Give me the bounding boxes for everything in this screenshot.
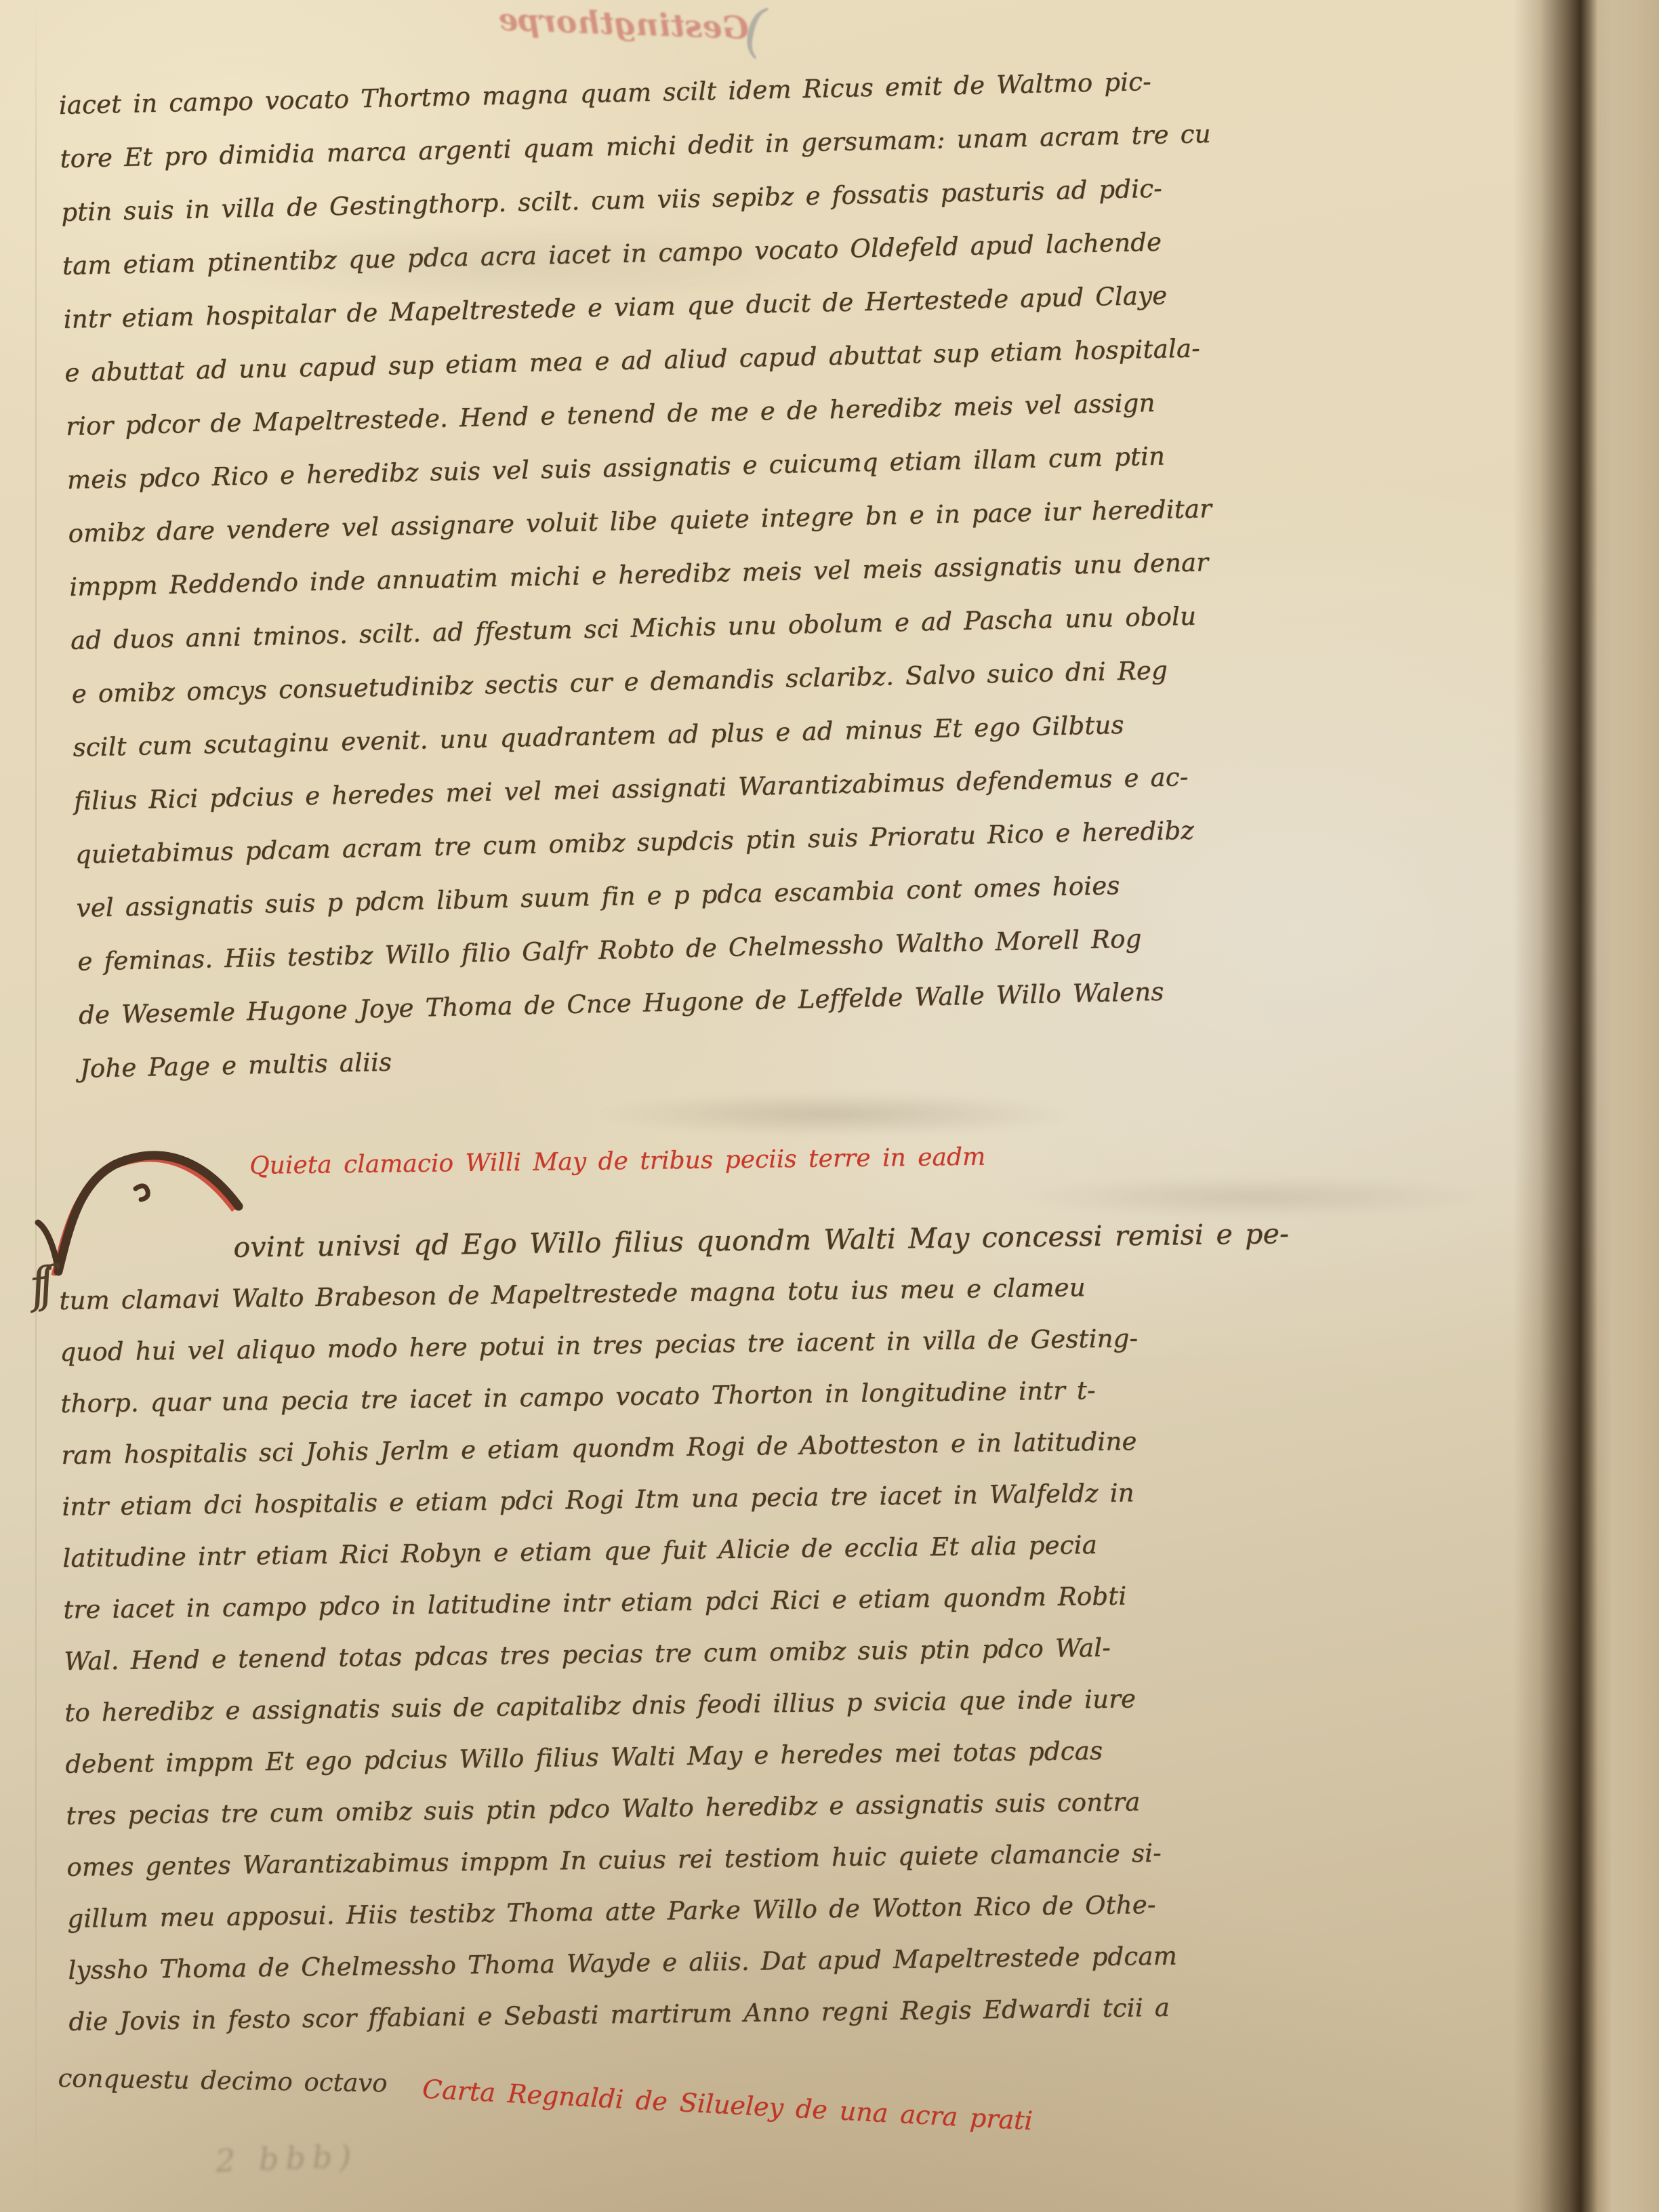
charter-2-text-block: ovint univsi qd Ego Willo filius quondm … <box>58 1205 1540 2048</box>
book-gutter-and-next-page-edge <box>1513 0 1659 2212</box>
rubric-quieta-clamacio: Quieta clamacio Willi May de tribus peci… <box>249 1143 985 1180</box>
show-through-smudge <box>596 1092 1071 1136</box>
charter-1-text-block: iacet in campo vocato Thortmo magna quam… <box>58 47 1544 1096</box>
rubric-carta-regnaldi: Carta Regnaldi de Silueley de una acra p… <box>422 2074 1033 2135</box>
manuscript-line: conquestu decimo octavo <box>58 2064 388 2098</box>
margin-ruling-line <box>35 0 37 2212</box>
manuscript-page: Gestingthorpe ( iacet in campo vocato Th… <box>0 0 1659 2212</box>
final-line-row: conquestu decimo octavo Carta Regnaldi d… <box>58 2063 1034 2108</box>
show-through-marks-bottom-left: 2 bbb) <box>215 2137 359 2179</box>
